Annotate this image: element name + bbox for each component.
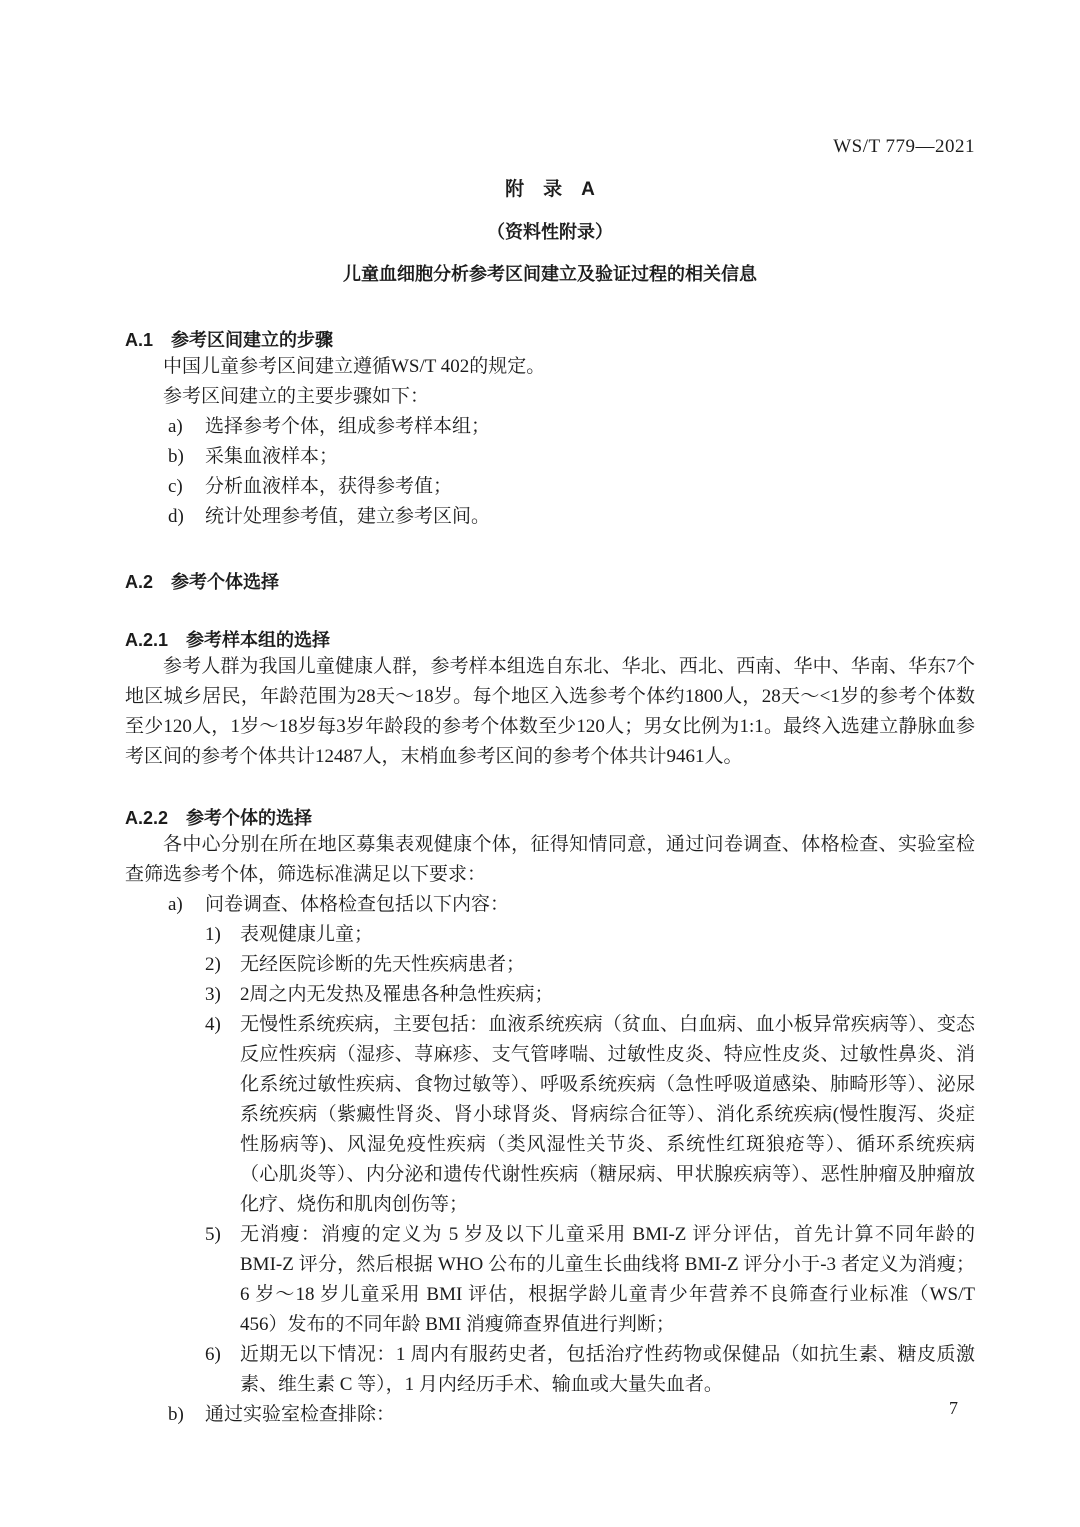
list-item-label: b) [168,1400,205,1430]
list-item: 4) 无慢性系统疾病，主要包括：血液系统疾病（贫血、白血病、血小板异常疾病等）、… [205,1010,975,1220]
list-item: a) 选择参考个体，组成参考样本组； [168,412,975,442]
list-item-label: 1) [205,920,240,950]
standard-code-header: WS/T 779—2021 [125,136,975,158]
list-item-text: 无经医院诊断的先天性疾病患者； [240,950,975,980]
list-item: d) 统计处理参考值，建立参考区间。 [168,502,975,532]
list-item: a) 问卷调查、体格检查包括以下内容： [168,890,975,920]
list-item: 3) 2周之内无发热及罹患各种急性疾病； [205,980,975,1010]
list-item: b) 采集血液样本； [168,442,975,472]
list-item-text: 表观健康儿童； [240,920,975,950]
paragraph-a21: 参考人群为我国儿童健康人群，参考样本组选自东北、华北、西北、西南、华中、华南、华… [125,652,975,772]
list-item-text: 采集血液样本； [205,442,975,472]
list-item-label: 2) [205,950,240,980]
list-item-text: 无慢性系统疾病，主要包括：血液系统疾病（贫血、白血病、血小板异常疾病等）、变态反… [240,1010,975,1220]
list-item-label: a) [168,412,205,442]
list-item-text: 2周之内无发热及罹患各种急性疾病； [240,980,975,1010]
list-item-text: 问卷调查、体格检查包括以下内容： [205,890,975,920]
list-item-label: 5) [205,1220,240,1340]
appendix-title-block: 附 录 A （资料性附录） 儿童血细胞分析参考区间建立及验证过程的相关信息 [125,174,975,286]
list-item-text: 无消瘦：消瘦的定义为 5 岁及以下儿童采用 BMI-Z 评分评估，首先计算不同年… [240,1220,975,1340]
list-item: 2) 无经医院诊断的先天性疾病患者； [205,950,975,980]
page-number: 7 [949,1398,958,1419]
section-heading-a21: A.2.1 参考样本组的选择 [125,626,975,652]
list-item-text: 统计处理参考值，建立参考区间。 [205,502,975,532]
section-heading-a22: A.2.2 参考个体的选择 [125,804,975,830]
a22-criteria-list: a) 问卷调查、体格检查包括以下内容： [168,890,975,920]
paragraph-a1-steps-intro: 参考区间建立的主要步骤如下： [125,382,975,412]
paragraph-a22: 各中心分别在所在地区募集表观健康个体，征得知情同意，通过问卷调查、体格检查、实验… [125,830,975,890]
list-item: 6) 近期无以下情况：1 周内有服药史者，包括治疗性药物或保健品（如抗生素、糖皮… [205,1340,975,1400]
list-item: 1) 表观健康儿童； [205,920,975,950]
list-item: 5) 无消瘦：消瘦的定义为 5 岁及以下儿童采用 BMI-Z 评分评估，首先计算… [205,1220,975,1340]
list-item-label: 4) [205,1010,240,1220]
list-item-label: a) [168,890,205,920]
a22-questionnaire-sublist: 1) 表观健康儿童； 2) 无经医院诊断的先天性疾病患者； 3) 2周之内无发热… [205,920,975,1400]
section-heading-a1: A.1 参考区间建立的步骤 [125,326,975,352]
list-item-label: c) [168,472,205,502]
list-item-label: b) [168,442,205,472]
list-item-label: d) [168,502,205,532]
appendix-title: 附 录 A [125,174,975,201]
list-item: b) 通过实验室检查排除： [168,1400,975,1430]
document-page: WS/T 779—2021 附 录 A （资料性附录） 儿童血细胞分析参考区间建… [0,0,1080,1527]
list-item-text: 通过实验室检查排除： [205,1400,975,1430]
list-item-label: 6) [205,1340,240,1400]
page-content: WS/T 779—2021 附 录 A （资料性附录） 儿童血细胞分析参考区间建… [125,136,975,1430]
paragraph-a1-intro: 中国儿童参考区间建立遵循WS/T 402的规定。 [125,352,975,382]
list-item-text: 分析血液样本，获得参考值； [205,472,975,502]
list-item: c) 分析血液样本，获得参考值； [168,472,975,502]
a1-steps-list: a) 选择参考个体，组成参考样本组； b) 采集血液样本； c) 分析血液样本，… [168,412,975,532]
list-item-label: 3) [205,980,240,1010]
section-heading-a2: A.2 参考个体选择 [125,568,975,594]
appendix-subtitle: （资料性附录） [125,218,975,244]
a22-criteria-list-b: b) 通过实验室检查排除： [168,1400,975,1430]
list-item-text: 选择参考个体，组成参考样本组； [205,412,975,442]
list-item-text: 近期无以下情况：1 周内有服药史者，包括治疗性药物或保健品（如抗生素、糖皮质激素… [240,1340,975,1400]
appendix-main-title: 儿童血细胞分析参考区间建立及验证过程的相关信息 [125,260,975,286]
